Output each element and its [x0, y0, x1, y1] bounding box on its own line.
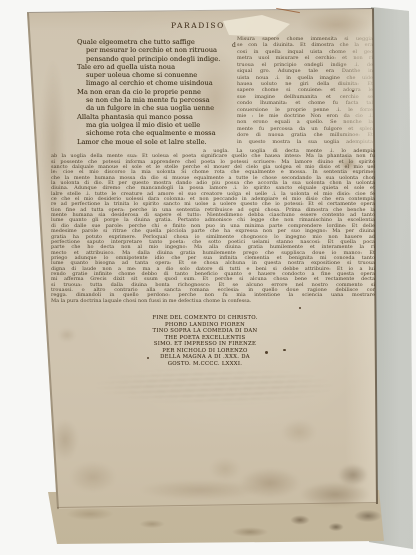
commentary-line: non erono equali a quello. Se nonche la — [237, 119, 373, 125]
verse-line: sichome rota che equalmente e mossa — [77, 129, 245, 137]
commentary-line: dore di nuoua gratia che milluminoe: Et — [237, 132, 373, 138]
stain — [300, 12, 372, 38]
verse-line: Lamor che moue el sole et lalre stelle. — [77, 138, 245, 146]
stain — [58, 328, 76, 342]
verse-line: da un fulgore in che sua uoglia uenne — [77, 104, 245, 112]
colophon-line: TINO SOPRA LA COMEDIA DI DAN — [146, 328, 264, 335]
commentary-line: in questo mostra la sua uoglia adempiuta — [237, 139, 373, 145]
verse-line: Ma non eran da cio le proprie penne — [77, 88, 245, 96]
verse-line: Tale ero ad quella uista noua — [77, 63, 245, 71]
verse-column: Quale elgeometra che tutto saffigeper me… — [77, 38, 245, 146]
colophon-line: GOSTO. M.CCCC. LXXXI. — [146, 361, 264, 368]
verse-line: Allalta phantasia qui manco possa — [77, 113, 245, 121]
commentary-line: Ma la pura doctrina laquale chosi non fu… — [51, 299, 375, 304]
commentary-line: se con la diuinita. Et dimostra che la e… — [237, 42, 373, 48]
stain — [52, 420, 78, 460]
ink-spot — [352, 90, 354, 92]
verse-line: limago al cerchio et chome uisindoua — [77, 79, 245, 87]
verse-line: per mesurar lo cerchio et non ritruoua — [77, 46, 245, 54]
ink-spot — [283, 349, 286, 351]
stain — [210, 458, 240, 480]
stain — [338, 464, 368, 486]
stain — [240, 468, 300, 498]
running-title: PARADISO — [171, 21, 225, 30]
ink-spot — [265, 351, 268, 354]
commentary-line: uista noua .i. in quella imagine che uid… — [237, 75, 373, 81]
verse-line: pensando quel principio ondegli indige. — [77, 55, 245, 63]
colophon: FINE DEL COMENTO DI CHRISTO.PHORO LANDIN… — [146, 315, 264, 367]
book-photo: PARADISO Quale elgeometra che tutto saff… — [0, 0, 416, 555]
commentary-line: metra uuol misurare el cerchio: et non r… — [237, 55, 373, 61]
ink-spot — [147, 357, 149, 359]
colophon-line: DELLA MAGNA A DI .XXX. DA — [146, 354, 264, 361]
colophon-line: FINE DEL COMENTO DI CHRISTO. — [146, 315, 264, 322]
stain — [282, 420, 316, 444]
signature-mark: d — [232, 42, 236, 49]
stain — [70, 462, 116, 492]
verso-text-showthrough — [92, 366, 337, 406]
commentary-line: siqual gro. Adunque tale era Danthe in — [237, 68, 373, 74]
commentary-block: a uogla. La uoglia di decta mente .i. lo… — [51, 149, 375, 304]
colophon-line: SIMO. ET IMPRESSO IN FIRENZE — [146, 341, 264, 348]
commentary-line: condo lhumanita: et chome fu facta tal — [237, 100, 373, 106]
ink-spot — [299, 307, 301, 309]
